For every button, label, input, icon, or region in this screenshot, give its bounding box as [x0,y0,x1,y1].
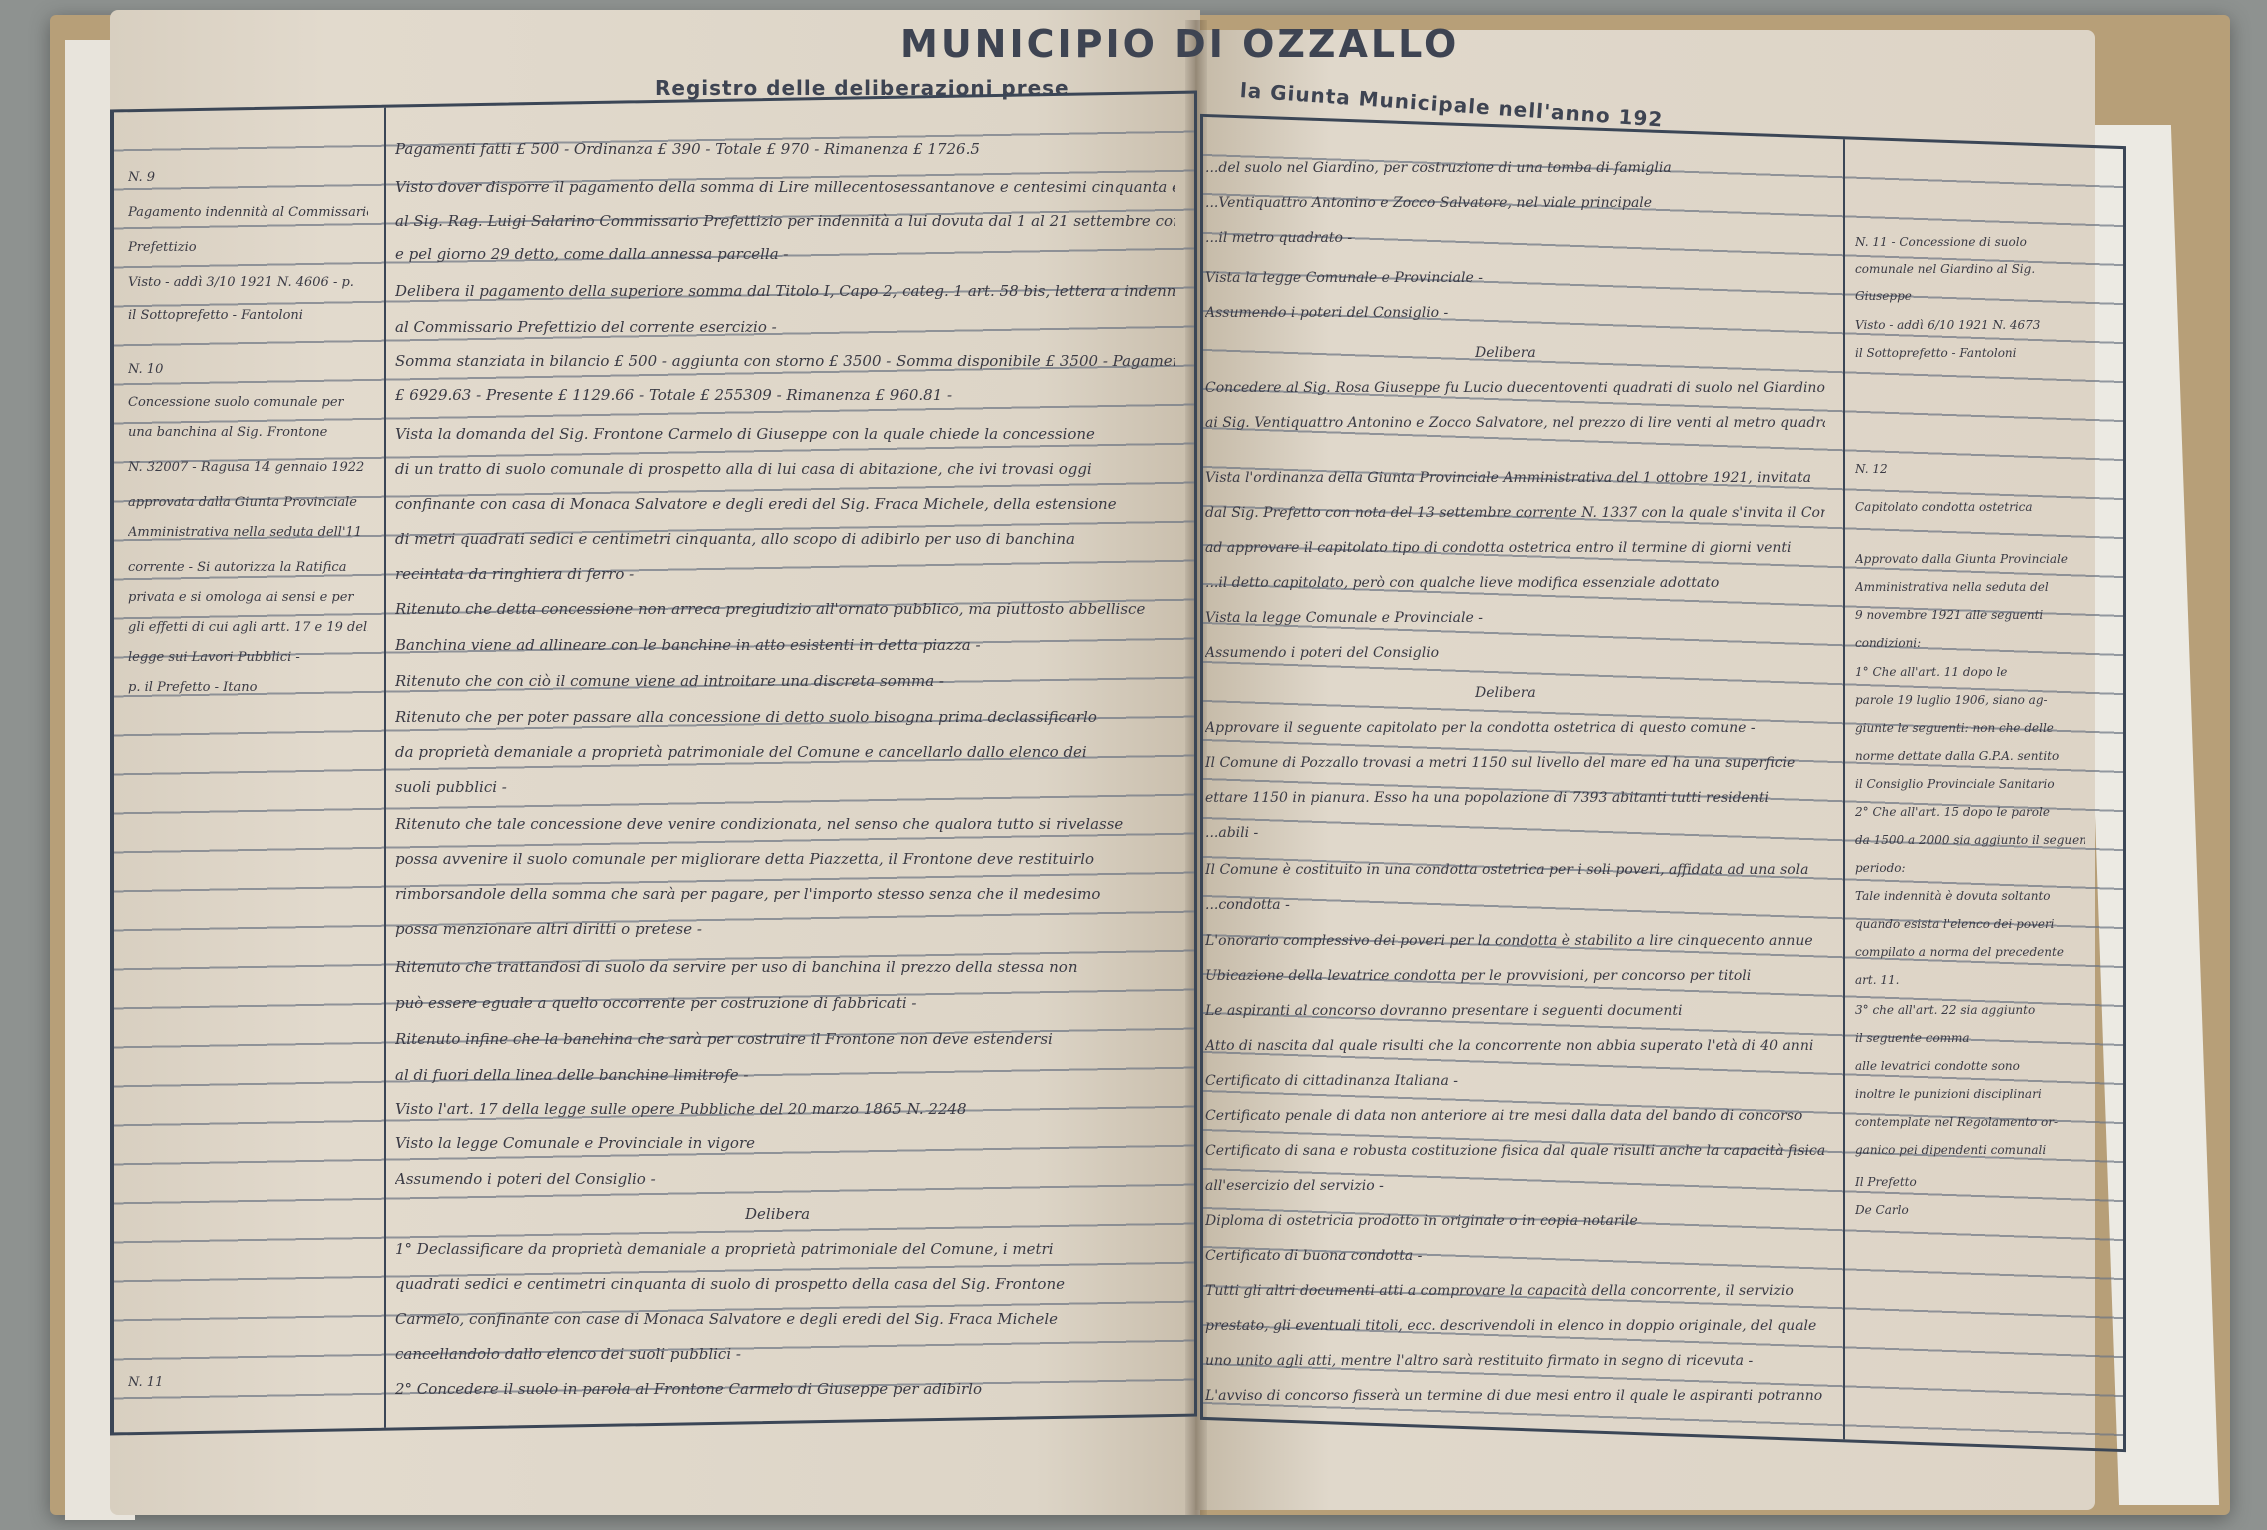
handwritten-line: Certificato penale di data non anteriore… [1205,1108,1802,1124]
handwritten-line: Visto - addì 6/10 1921 N. 4673 [1855,318,2040,332]
handwritten-line: Prefettizio [128,240,197,255]
handwritten-line: Ritenuto infine che la banchina che sarà… [395,1030,1053,1048]
handwritten-line: L'avviso di concorso fisserà un termine … [1205,1388,1822,1404]
handwritten-line: possa avvenire il suolo comunale per mig… [395,850,1094,868]
handwritten-line: cancellandolo dallo elenco dei suoli pub… [395,1345,741,1363]
handwritten-line: dal Sig. Prefetto con nota del 13 settem… [1205,505,1825,521]
handwritten-line: di un tratto di suolo comunale di prospe… [395,460,1092,478]
handwritten-line: Carmelo, confinante con case di Monaca S… [395,1310,1058,1328]
handwritten-line: periodo: [1855,861,1906,875]
handwritten-line: ...Ventiquattro Antonino e Zocco Salvato… [1205,195,1652,211]
handwritten-line: Delibera il pagamento della superiore so… [395,282,1175,300]
handwritten-line: N. 32007 - Ragusa 14 gennaio 1922 [128,460,364,475]
handwritten-line: Amministrativa nella seduta dell'11 [128,525,362,540]
handwritten-line: art. 11. [1855,973,1899,987]
handwritten-line: alle levatrici condotte sono [1855,1059,2020,1073]
handwritten-line: N. 12 [1855,462,1888,476]
handwritten-line: L'onorario complessivo dei poveri per la… [1205,933,1813,949]
handwritten-line: ...abili - [1205,825,1258,841]
handwritten-line: approvata dalla Giunta Provinciale [128,495,357,510]
handwritten-line: giunte le seguenti: non che delle [1855,721,2054,735]
handwritten-line: 3° che all'art. 22 sia aggiunto [1855,1003,2035,1017]
handwritten-line: uno unito agli atti, mentre l'altro sarà… [1205,1353,1753,1369]
handwritten-line: N. 11 - Concessione di suolo [1855,235,2027,249]
handwritten-line: quadrati sedici e centimetri cinquanta d… [395,1275,1065,1293]
handwritten-line: Assumendo i poteri del Consiglio [1205,645,1439,661]
handwritten-line: Visto la legge Comunale e Provinciale in… [395,1134,755,1152]
handwritten-line: e pel giorno 29 detto, come dalla anness… [395,245,788,263]
handwritten-line: Vista la legge Comunale e Provinciale - [1205,270,1483,286]
handwritten-line: Capitolato condotta ostetrica [1855,500,2033,514]
handwritten-line: ganico pei dipendenti comunali [1855,1143,2046,1157]
handwritten-line: 9 novembre 1921 alle seguenti [1855,608,2043,622]
handwritten-line: recintata da ringhiera di ferro - [395,565,634,583]
handwritten-line: norme dettate dalla G.P.A. sentito [1855,749,2059,763]
handwritten-line: 1° Che all'art. 11 dopo le [1855,665,2007,679]
handwritten-line: al Sig. Rag. Luigi Salarino Commissario … [395,212,1175,230]
handwritten-line: parole 19 luglio 1906, siano ag- [1855,693,2048,707]
handwritten-line: Diploma di ostetricia prodotto in origin… [1205,1213,1638,1229]
handwritten-line: De Carlo [1855,1203,1909,1217]
handwritten-line: Vista la legge Comunale e Provinciale - [1205,610,1483,626]
handwritten-line: gli effetti di cui agli artt. 17 e 19 de… [128,620,368,635]
handwritten-line: Il Prefetto [1855,1175,1917,1189]
handwritten-line: quando esista l'elenco dei poveri [1855,917,2055,931]
handwritten-line: Amministrativa nella seduta del [1855,580,2049,594]
handwritten-line: compilato a norma del precedente [1855,945,2064,959]
handwritten-line: Certificato di cittadinanza Italiana - [1205,1073,1458,1089]
handwritten-line: una banchina al Sig. Frontone [128,425,327,440]
handwritten-line: 1° Declassificare da proprietà demaniale… [395,1240,1054,1258]
handwritten-line: N. 10 [128,362,163,377]
handwritten-line: N. 9 [128,170,155,185]
handwritten-line: Pagamento indennità al Commissario [128,205,368,220]
handwritten-line: al Commissario Prefettizio del corrente … [395,318,777,336]
handwritten-line: Certificato di buona condotta - [1205,1248,1422,1264]
handwritten-line: Approvare il seguente capitolato per la … [1205,720,1756,736]
handwritten-line: ...condotta - [1205,897,1290,913]
header-title: MUNICIPIO DI OZZALLO [900,22,1459,66]
handwritten-line: Ritenuto che con ciò il comune viene ad … [395,672,944,690]
handwritten-line: Giuseppe [1855,289,1912,303]
handwritten-line: rimborsandole della somma che sarà per p… [395,885,1100,903]
handwritten-line: Assumendo i poteri del Consiglio - [395,1170,656,1188]
column-divider [1843,139,1845,1439]
handwritten-line: Concedere al Sig. Rosa Giuseppe fu Lucio… [1205,380,1825,396]
handwritten-line: Vista l'ordinanza della Giunta Provincia… [1205,470,1811,486]
handwritten-line: Il Comune è costituito in una condotta o… [1205,862,1809,878]
handwritten-line: confinante con casa di Monaca Salvatore … [395,495,1117,513]
handwritten-line: il seguente comma [1855,1031,1970,1045]
handwritten-line: ettare 1150 in pianura. Esso ha una popo… [1205,790,1769,806]
handwritten-line: comunale nel Giardino al Sig. [1855,262,2035,276]
handwritten-line: Ritenuto che trattandosi di suolo da ser… [395,958,1078,976]
handwritten-line: Il Comune di Pozzallo trovasi a metri 11… [1205,755,1795,771]
handwritten-line: Assumendo i poteri del Consiglio - [1205,305,1448,321]
handwritten-line: legge sui Lavori Pubblici - [128,650,300,665]
handwritten-line: Le aspiranti al concorso dovranno presen… [1205,1003,1682,1019]
handwritten-line: ad approvare il capitolato tipo di condo… [1205,540,1792,556]
handwritten-line: Banchina viene ad allineare con le banch… [395,636,981,654]
handwritten-line: da 1500 a 2000 sia aggiunto il seguente [1855,833,2085,847]
column-divider [384,108,386,1428]
handwritten-line: Visto l'art. 17 della legge sulle opere … [395,1100,967,1118]
handwritten-line: Ubicazione della levatrice condotta per … [1205,968,1751,984]
handwritten-line: privata e si omologa ai sensi e per [128,590,354,605]
handwritten-line: Atto di nascita dal quale risulti che la… [1205,1038,1813,1054]
handwritten-line: Approvato dalla Giunta Provinciale [1855,552,2068,566]
handwritten-line: da proprietà demaniale a proprietà patri… [395,743,1087,761]
handwritten-line: Certificato di sana e robusta costituzio… [1205,1143,1825,1159]
handwritten-line: Delibera [745,1205,810,1223]
handwritten-line: corrente - Si autorizza la Ratifica [128,560,346,575]
handwritten-line: Ritenuto che tale concessione deve venir… [395,815,1123,833]
handwritten-line: Ritenuto che detta concessione non arrec… [395,600,1145,618]
handwritten-line: 2° Che all'art. 15 dopo le parole [1855,805,2050,819]
handwritten-line: ...il metro quadrato - [1205,230,1352,246]
handwritten-line: Somma stanziata in bilancio £ 500 - aggi… [395,352,1175,370]
handwritten-line: all'esercizio del servizio - [1205,1178,1384,1194]
handwritten-line: prestato, gli eventuali titoli, ecc. des… [1205,1318,1816,1334]
handwritten-line: Delibera [1475,685,1536,701]
handwritten-line: £ 6929.63 - Presente £ 1129.66 - Totale … [395,386,952,404]
handwritten-line: Pagamenti fatti £ 500 - Ordinanza £ 390 … [395,140,980,158]
handwritten-line: Concessione suolo comunale per [128,395,344,410]
handwritten-line: Delibera [1475,345,1536,361]
handwritten-line: ...il detto capitolato, però con qualche… [1205,575,1719,591]
handwritten-line: inoltre le punizioni disciplinari [1855,1087,2042,1101]
handwritten-line: Vista la domanda del Sig. Frontone Carme… [395,425,1095,443]
handwritten-line: suoli pubblici - [395,778,507,796]
handwritten-line: il Sottoprefetto - Fantoloni [1855,346,2017,360]
handwritten-line: Ritenuto che per poter passare alla conc… [395,708,1097,726]
handwritten-line: può essere eguale a quello occorrente pe… [395,994,917,1012]
handwritten-line: Visto dover disporre il pagamento della … [395,178,1175,196]
handwritten-line: Tutti gli altri documenti atti a comprov… [1205,1283,1794,1299]
handwritten-line: p. il Prefetto - Itano [128,680,257,695]
handwritten-line: Visto - addì 3/10 1921 N. 4606 - p. [128,275,354,290]
handwritten-line: possa menzionare altri diritti o pretese… [395,920,702,938]
handwritten-line: ...del suolo nel Giardino, per costruzio… [1205,160,1672,176]
handwritten-line: il Sottoprefetto - Fantoloni [128,308,303,323]
handwritten-line: N. 11 [128,1375,163,1390]
handwritten-line: condizioni: [1855,636,1921,650]
handwritten-line: Tale indennità è dovuta soltanto [1855,889,2051,903]
handwritten-line: ai Sig. Ventiquattro Antonino e Zocco Sa… [1205,415,1825,431]
handwritten-line: il Consiglio Provinciale Sanitario [1855,777,2055,791]
handwritten-line: 2° Concedere il suolo in parola al Front… [395,1380,982,1398]
handwritten-line: contemplate nel Regolamento or- [1855,1115,2058,1129]
handwritten-line: al di fuori della linea delle banchine l… [395,1066,748,1084]
handwritten-line: di metri quadrati sedici e centimetri ci… [395,530,1075,548]
